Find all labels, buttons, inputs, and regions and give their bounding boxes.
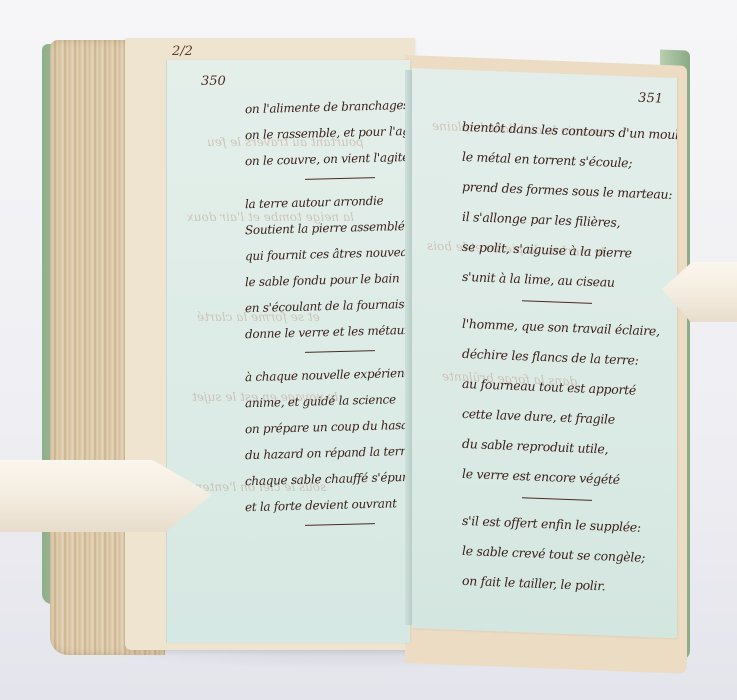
- verse-line: on le couvre, on vient l'agiter: [245, 144, 416, 174]
- inventory-mark: 2/2: [172, 44, 193, 59]
- left-page: pourtant au travers le feu la neige tomb…: [167, 60, 410, 643]
- folio-number: 350: [201, 74, 226, 89]
- handwritten-verse-left: on l'alimente de branchages on le rassem…: [245, 94, 415, 535]
- section-divider: [522, 300, 592, 304]
- manuscript-photo: 3 2/2 pourtant au travers le feu la neig…: [0, 0, 737, 700]
- section-divider: [305, 350, 375, 353]
- section-divider: [305, 523, 375, 526]
- verse-line: donne le verre et les métaux: [245, 317, 416, 347]
- verse-line: et la forte devient ouvrant: [245, 490, 416, 520]
- section-divider: [522, 497, 592, 501]
- right-page: en vain le ciel dans la plaine le marbre…: [412, 68, 677, 638]
- section-divider: [305, 177, 375, 180]
- folio-number: 351: [638, 91, 663, 107]
- handwritten-verse-right: bientôt dans les contours d'un moule le …: [462, 112, 677, 604]
